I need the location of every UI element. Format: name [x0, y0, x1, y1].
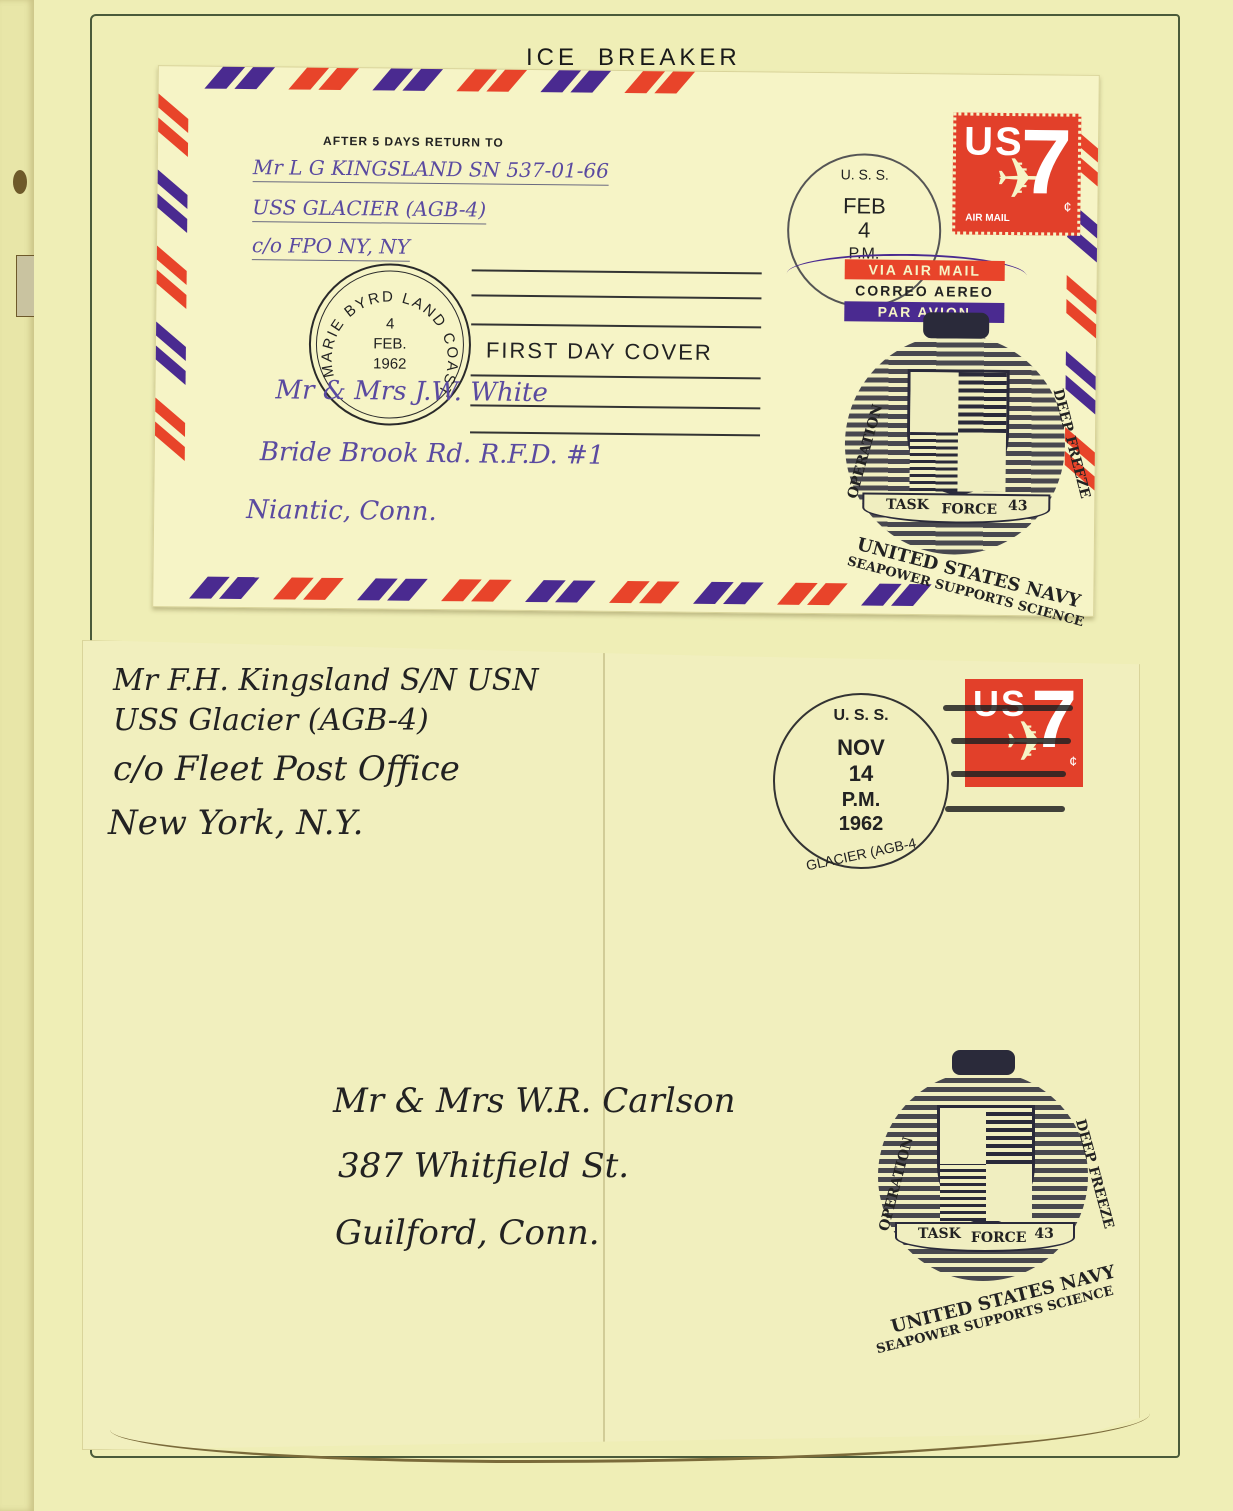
anchor-icon	[923, 312, 989, 339]
operation-deep-freeze-cachet: TASK FORCE 43 OPERATION DEEP FREEZE UNIT…	[844, 333, 1066, 555]
postmark-month: FEB	[789, 197, 939, 217]
postmark-month: NOV	[775, 739, 947, 757]
killer-bar	[945, 806, 1065, 812]
page-title: ICEBREAKER	[526, 44, 761, 72]
glacier-cover-envelope: Mr F.H. Kingsland S/N USN USS Glacier (A…	[82, 640, 1140, 1450]
anchor-icon	[952, 1050, 1015, 1075]
killer-bar	[943, 705, 1073, 711]
postmark-top-text: U. S. S.	[790, 165, 940, 185]
ribbon-word: FORCE	[971, 1230, 1027, 1246]
return-address-line-3: c/o FPO NY, NY	[252, 233, 410, 262]
postmark-year: 1962	[775, 815, 947, 833]
recipient-line-3: Guilford, Conn.	[335, 1213, 600, 1253]
return-address-line-4: New York, N.Y.	[108, 803, 363, 843]
return-address-line-2: USS Glacier (AGB-4)	[113, 703, 429, 738]
task-force-ribbon: TASK FORCE 43	[895, 1222, 1075, 1251]
shield-icon	[906, 369, 1010, 495]
postmark-bottom-text: GLACIER (AGB-4	[775, 827, 947, 880]
airmail-label-spanish: CORREO AEREO	[844, 280, 1004, 302]
us-7c-airmail-stamp: ✈ US 7 AIR MAIL ¢	[952, 112, 1081, 235]
airmail-label-english: VIA AIR MAIL	[845, 259, 1005, 281]
binder-rivet	[13, 170, 27, 194]
postmark-top-text: U. S. S.	[775, 707, 947, 725]
ribbon-word: 43	[1034, 1226, 1053, 1242]
return-address-line-1: Mr L G KINGSLAND SN 537-01-66	[253, 155, 609, 186]
stamp-value: 7	[1031, 679, 1077, 761]
ribbon-word: 43	[1008, 498, 1028, 514]
ribbon-word: FORCE	[941, 501, 997, 518]
recipient-line-1: Mr & Mrs J.W. White	[275, 375, 548, 408]
return-address-line-1: Mr F.H. Kingsland S/N USN	[113, 663, 539, 698]
recipient-line-1: Mr & Mrs W.R. Carlson	[333, 1081, 736, 1121]
postmark-day: 4	[789, 221, 939, 241]
airmail-border-top	[214, 67, 718, 94]
killer-bar	[470, 431, 760, 436]
title-word-2: BREAKER	[598, 44, 741, 71]
shield-icon	[937, 1105, 1035, 1224]
stamp-country: US	[964, 120, 1024, 166]
return-address-line-2: USS GLACIER (AGB-4)	[252, 195, 486, 224]
ribbon-word: TASK	[886, 497, 929, 513]
uss-glacier-postmark: U. S. S. NOV 14 P.M. 1962 GLACIER (AGB-4	[773, 693, 949, 869]
postmark-ampm: P.M.	[775, 791, 947, 809]
first-day-cover-envelope: AFTER 5 DAYS RETURN TO Mr L G KINGSLAND …	[152, 65, 1100, 617]
ribbon-word: TASK	[918, 1226, 961, 1242]
recipient-line-2: 387 Whitfield St.	[338, 1146, 629, 1186]
title-word-1: ICE	[526, 44, 578, 71]
stamp-value: 7	[1020, 116, 1072, 209]
stamp-caption: AIR MAIL	[965, 213, 1010, 224]
stamp-unit: ¢	[1069, 753, 1077, 769]
airmail-border-bottom	[198, 577, 954, 607]
envelope-fold-crease	[603, 641, 605, 1449]
operation-deep-freeze-cachet: TASK FORCE 43 OPERATION DEEP FREEZE UNIT…	[878, 1071, 1088, 1281]
stamp-unit: ¢	[1064, 199, 1072, 215]
killer-bar	[472, 269, 762, 274]
first-day-cover-label: FIRST DAY COVER	[486, 338, 713, 366]
return-instruction: AFTER 5 DAYS RETURN TO	[323, 134, 504, 150]
postmark-year: 1962	[311, 355, 469, 375]
stamp-country: US	[973, 683, 1027, 725]
killer-bar	[471, 294, 761, 299]
killer-bar	[471, 323, 761, 328]
airmail-border-left	[154, 106, 188, 486]
return-address-line-3: c/o Fleet Post Office	[113, 749, 460, 789]
recipient-line-3: Niantic, Conn.	[246, 495, 437, 527]
album-binder-edge	[0, 0, 36, 1511]
postmark-day: 4	[311, 315, 469, 335]
postmark-month: FEB.	[311, 335, 469, 355]
postmark-day: 14	[775, 765, 947, 783]
killer-bar	[951, 771, 1066, 777]
killer-bar	[951, 738, 1071, 744]
recipient-line-2: Bride Brook Rd. R.F.D. #1	[260, 437, 605, 471]
